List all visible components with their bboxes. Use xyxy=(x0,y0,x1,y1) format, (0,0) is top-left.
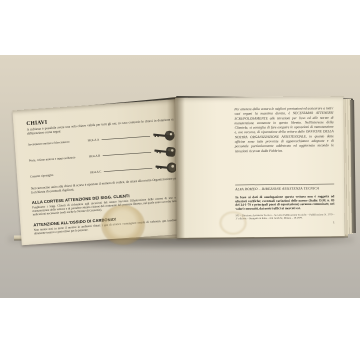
key-label: Porte, cofano motore e tappo serbatoio xyxy=(29,155,88,162)
right-page-content: Per ottenere dalla vettura le migliori p… xyxy=(234,106,334,225)
key-rows: Avviamento motore e bloccasterzo SIGLA A xyxy=(27,128,178,184)
leader-line xyxy=(104,168,152,172)
key-icon xyxy=(152,127,176,143)
leader-line xyxy=(102,136,150,140)
key-sigla: SIGLA B xyxy=(89,155,101,159)
key-icon xyxy=(154,159,178,175)
leader-line xyxy=(103,152,151,156)
key-sigla: SIGLA A xyxy=(88,139,100,143)
stain xyxy=(101,205,145,245)
page-number: 1 xyxy=(236,221,335,225)
right-page: Per ottenere dalla vettura le migliori p… xyxy=(175,96,344,238)
left-page: CHIAVI A richiesta è possibile avere una… xyxy=(12,99,187,245)
stain xyxy=(219,211,247,235)
colophon-text: 505 – Direzione Assistenza Tecnica – Ser… xyxy=(236,214,335,221)
key-label: Avviamento motore e bloccasterzo xyxy=(28,139,87,146)
key-sigla: SIGLA C xyxy=(90,171,102,175)
signature-line: ALFA ROMEO – DIREZIONE ASSISTENZA TECNIC… xyxy=(235,186,334,191)
foreword-paragraph: Per ottenere dalla vettura le migliori p… xyxy=(234,106,333,154)
signature-rule xyxy=(235,184,334,186)
key-icon xyxy=(153,143,177,159)
homologation-notice: In base ai dati di omologazione questa v… xyxy=(235,195,334,211)
booklet-photo: CHIAVI A richiesta è possibile avere una… xyxy=(0,0,360,360)
key-label: Cassetto ripostiglio xyxy=(30,171,89,178)
